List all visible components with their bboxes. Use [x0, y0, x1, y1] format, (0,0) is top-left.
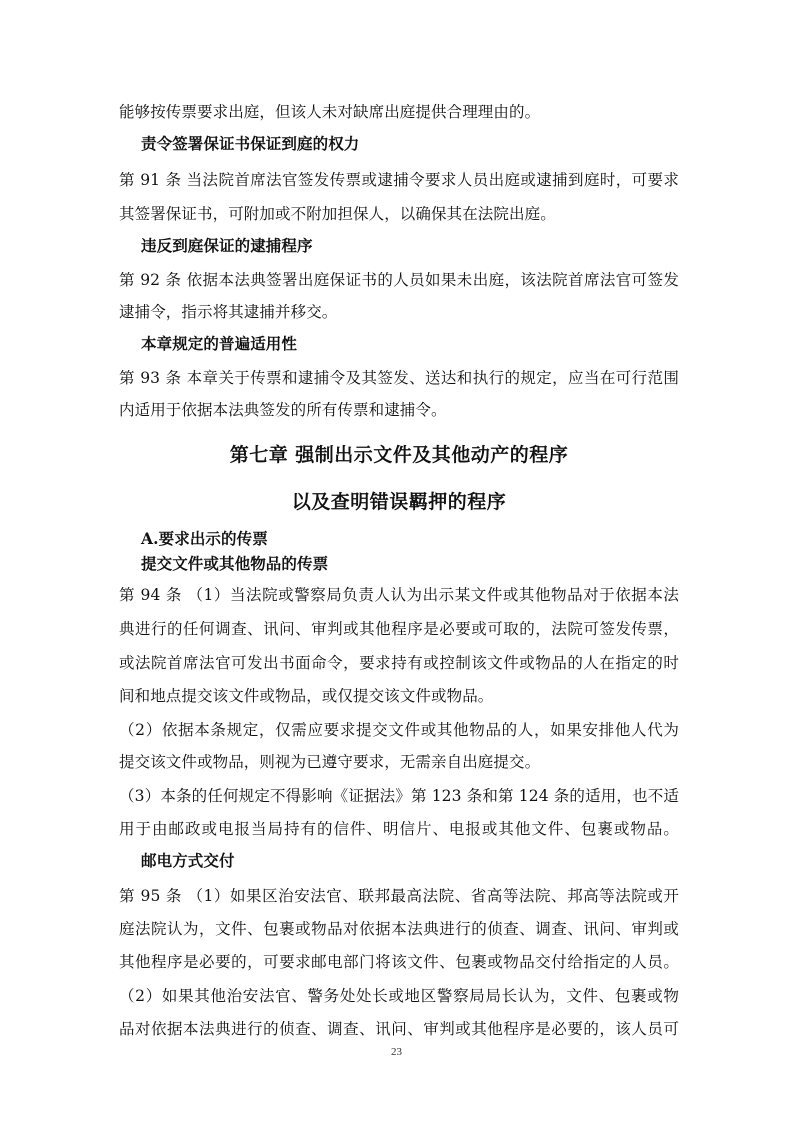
paragraph-line: （2）依据本条规定，仅需应要求提交文件或其他物品的人，如果安排他人代为: [119, 718, 679, 740]
section-heading: 违反到庭保证的逮捕程序: [141, 234, 313, 256]
paragraph-line: 第 93 条 本章关于传票和逮捕令及其签发、送达和执行的规定，应当在可行范围: [119, 366, 679, 388]
paragraph-line: 第 92 条 依据本法典签署出庭保证书的人员如果未出庭，该法院首席法官可签发: [119, 268, 679, 290]
paragraph-line: 逮捕令，指示将其逮捕并移交。: [119, 300, 337, 322]
paragraph-line: 庭法院认为，文件、包裹或物品对依据本法典进行的侦查、调查、讯问、审判或: [119, 917, 679, 939]
paragraph-line: 典进行的任何调查、讯问、审判或其他程序是必要或可取的，法院可签发传票，: [119, 617, 679, 639]
section-heading: 责令签署保证书保证到庭的权力: [141, 132, 359, 154]
chapter-title-line2: 以及查明错误羁押的程序: [119, 487, 679, 514]
section-heading: 邮电方式交付: [141, 849, 235, 871]
paragraph-line: 第 94 条 （1）当法院或警察局负责人认为出示某文件或其他物品对于依据本法: [119, 583, 679, 605]
section-heading: 本章规定的普遍适用性: [141, 332, 297, 354]
paragraph-line: 提交该文件或物品，则视为已遵守要求，无需亲自出庭提交。: [119, 750, 540, 772]
paragraph-line: 其他程序是必要的，可要求邮电部门将该文件、包裹或物品交付给指定的人员。: [119, 950, 679, 972]
paragraph-line: 能够按传票要求出庭，但该人未对缺席出庭提供合理理由的。: [119, 100, 540, 122]
paragraph-line: （2）如果其他治安法官、警务处处长或地区警察局局长认为，文件、包裹或物: [119, 984, 679, 1006]
paragraph-line: 品对依据本法典进行的侦查、调查、讯问、审判或其他程序是必要的，该人员可: [119, 1017, 679, 1039]
paragraph-line: 第 91 条 当法院首席法官签发传票或逮捕令要求人员出庭或逮捕到庭时，可要求: [119, 168, 679, 190]
subsection-heading: A.要求出示的传票: [141, 527, 268, 549]
paragraph-line: （3）本条的任何规定不得影响《证据法》第 123 条和第 124 条的适用，也不…: [119, 784, 679, 806]
paragraph-line: 内适用于依据本法典签发的所有传票和逮捕令。: [119, 398, 447, 420]
paragraph-line: 或法院首席法官可发出书面命令，要求持有或控制该文件或物品的人在指定的时: [119, 651, 679, 673]
subsection-heading: 提交文件或其他物品的传票: [141, 552, 328, 574]
paragraph-line: 第 95 条 （1）如果区治安法官、联邦最高法院、省高等法院、邦高等法院或开: [119, 884, 679, 906]
paragraph-line: 用于由邮政或电报当局持有的信件、明信片、电报或其他文件、包裹或物品。: [119, 817, 679, 839]
page-number: 23: [0, 1046, 793, 1058]
chapter-title-line1: 第七章 强制出示文件及其他动产的程序: [119, 440, 679, 467]
paragraph-line: 间和地点提交该文件或物品，或仅提交该文件或物品。: [119, 684, 493, 706]
paragraph-line: 其签署保证书，可附加或不附加担保人，以确保其在法院出庭。: [119, 202, 556, 224]
